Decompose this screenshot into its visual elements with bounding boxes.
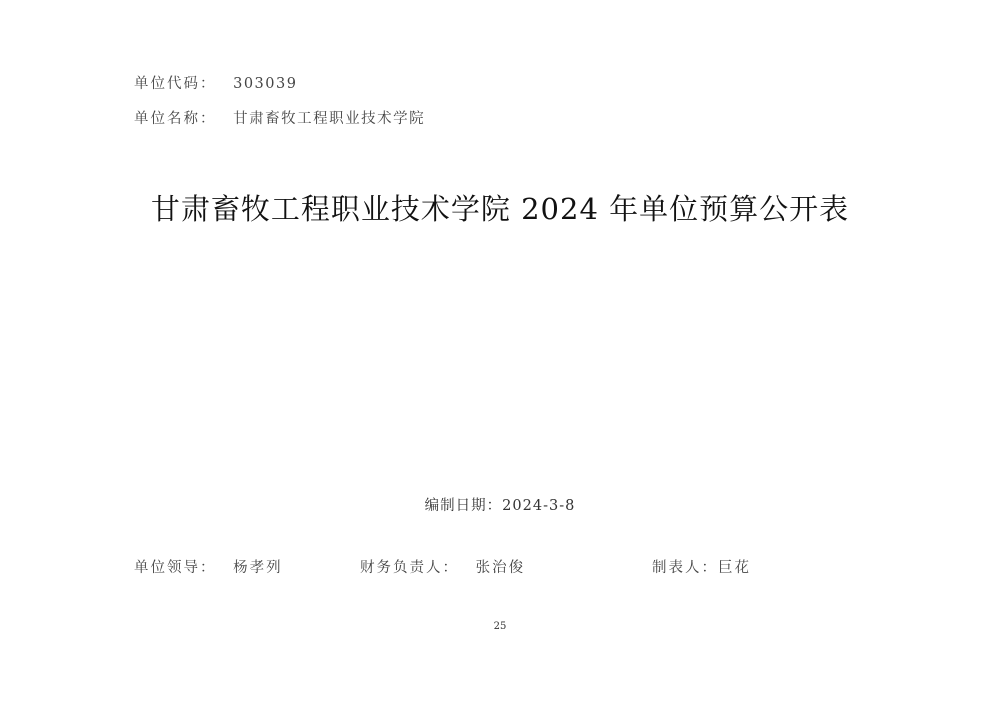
unit-name-value: 甘肃畜牧工程职业技术学院 xyxy=(233,111,425,127)
leader-name: 杨孝列 xyxy=(233,560,283,576)
finance-signature: 财务负责人： 张治俊 xyxy=(360,556,525,577)
unit-code-value: 303039 xyxy=(233,76,297,92)
leader-signature: 单位领导： 杨孝列 xyxy=(134,556,283,577)
leader-label: 单位领导： xyxy=(134,560,217,576)
preparer-signature: 制表人：巨花 xyxy=(652,556,751,577)
unit-code-label: 单位代码： xyxy=(134,76,217,92)
document-title: 甘肃畜牧工程职业技术学院 2024 年单位预算公开表 xyxy=(0,187,1000,228)
compile-date-label: 编制日期： xyxy=(425,498,503,514)
compile-date-row: 编制日期：2024-3-8 xyxy=(0,494,1000,515)
finance-name: 张治俊 xyxy=(476,560,526,576)
unit-name-label: 单位名称： xyxy=(134,111,217,127)
page-number: 25 xyxy=(0,621,1000,632)
preparer-label: 制表人： xyxy=(652,560,718,576)
finance-label: 财务负责人： xyxy=(360,560,459,576)
preparer-name: 巨花 xyxy=(718,560,751,576)
unit-code-row: 单位代码： 303039 xyxy=(134,72,297,93)
compile-date-value: 2024-3-8 xyxy=(502,498,575,514)
unit-name-row: 单位名称： 甘肃畜牧工程职业技术学院 xyxy=(134,107,425,128)
